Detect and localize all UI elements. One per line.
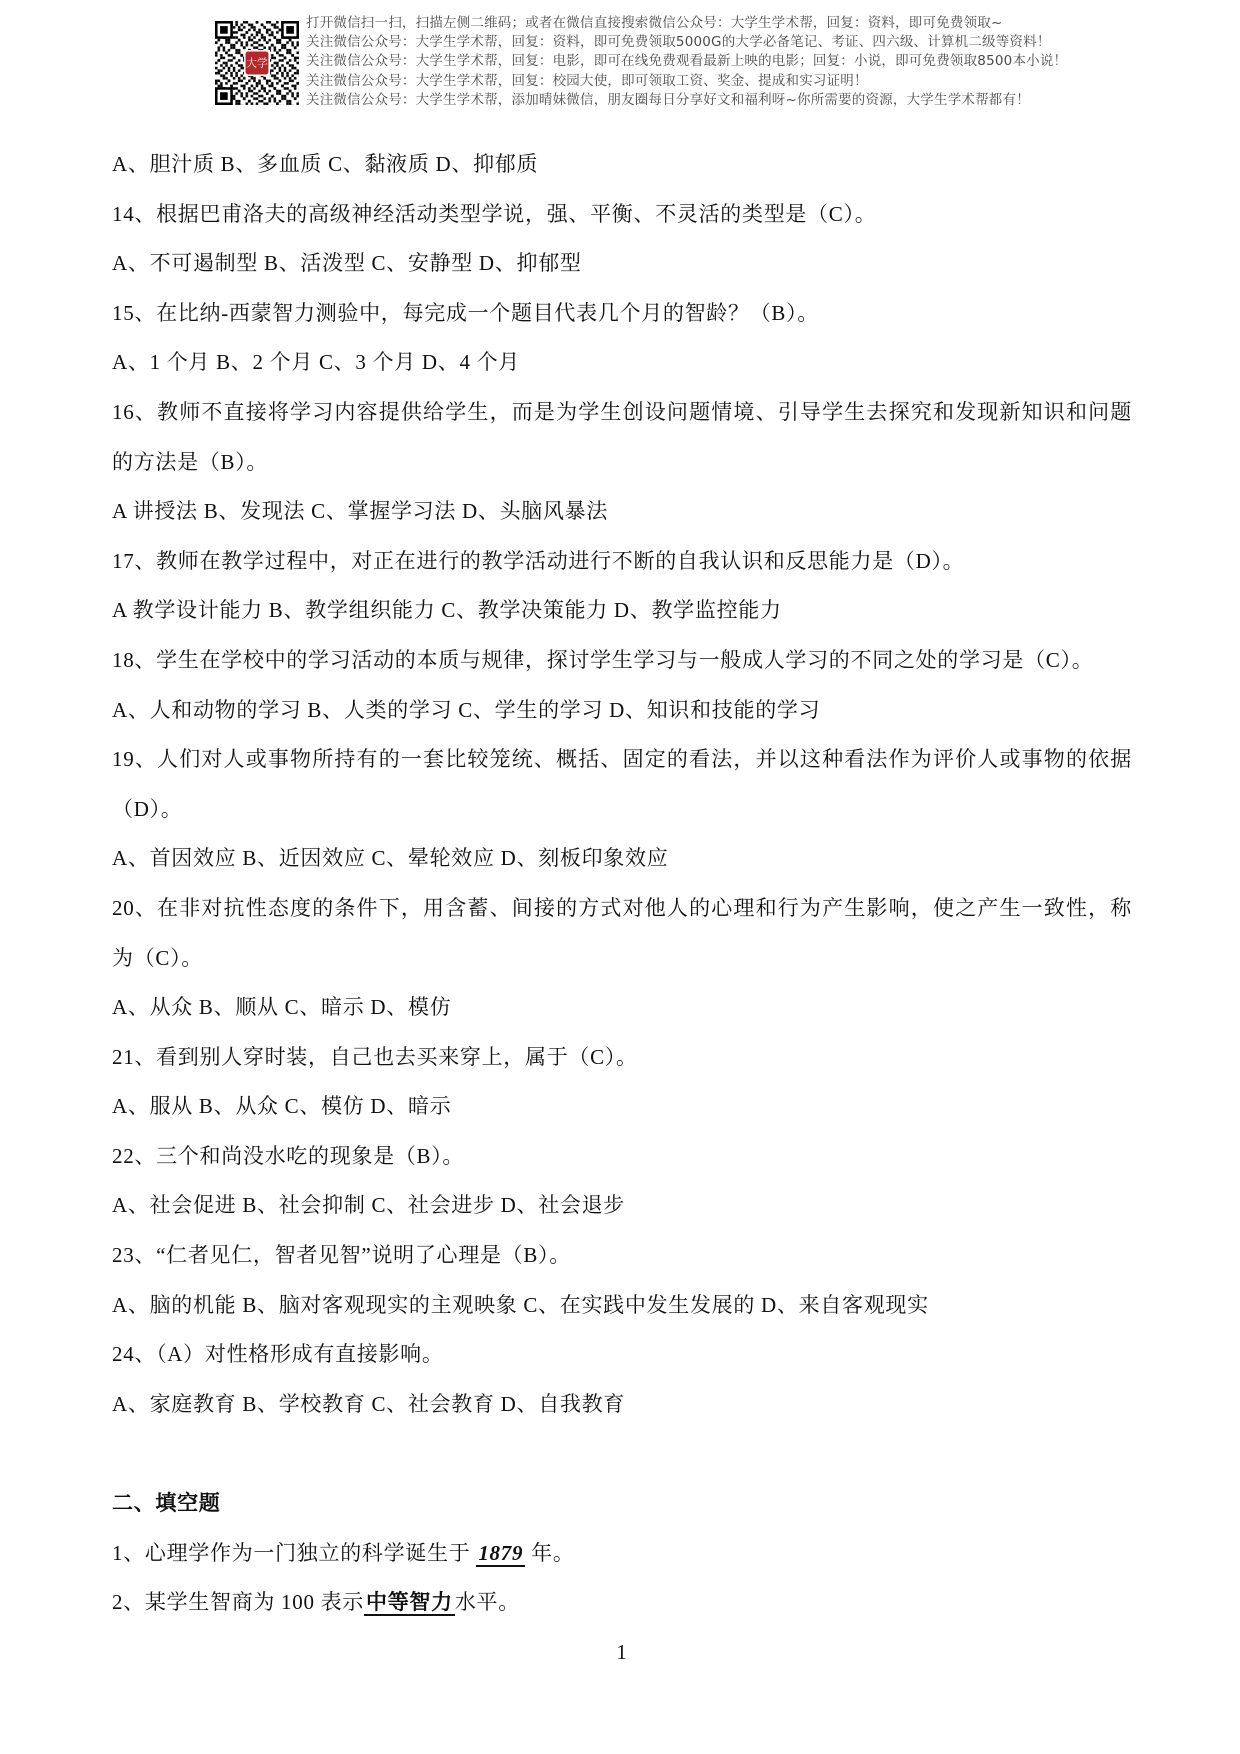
choice-question: 19、人们对人或事物所持有的一套比较笼统、概括、固定的看法，并以这种看法作为评价… bbox=[112, 735, 1132, 834]
choice-question: 21、看到别人穿时装，自己也去买来穿上，属于（C）。 bbox=[112, 1033, 1132, 1083]
fill-item-answer: 中等智力 bbox=[364, 1590, 455, 1616]
promo-line: 关注微信公众号：大学生学术帮，回复：校园大使，即可领取工资、奖金、提成和实习证明… bbox=[306, 72, 1186, 91]
choice-options: A、1 个月 B、2 个月 C、3 个月 D、4 个月 bbox=[112, 338, 1132, 388]
choice-question: 18、学生在学校中的学习活动的本质与规律，探讨学生学习与一般成人学习的不同之处的… bbox=[112, 636, 1132, 686]
choice-options: A、服从 B、从众 C、模仿 D、暗示 bbox=[112, 1082, 1132, 1132]
choice-question: 15、在比纳-西蒙智力测验中，每完成一个题目代表几个月的智龄？（B）。 bbox=[112, 289, 1132, 339]
page-number: 1 bbox=[112, 1628, 1132, 1678]
qr-code-icon: 大学 bbox=[215, 21, 299, 105]
choice-question: 17、教师在教学过程中，对正在进行的教学活动进行不断的自我认识和反思能力是（D）… bbox=[112, 537, 1132, 587]
choice-options: A、脑的机能 B、脑对客观现实的主观映象 C、在实践中发生发展的 D、来自客观现… bbox=[112, 1281, 1132, 1331]
choice-question: 22、三个和尚没水吃的现象是（B）。 bbox=[112, 1132, 1132, 1182]
promo-line: 关注微信公众号：大学生学术帮，回复：资料，即可免费领取5000G的大学必备笔记、… bbox=[306, 33, 1186, 52]
svg-text:大学: 大学 bbox=[246, 57, 268, 70]
fill-item-answer: 1879 bbox=[476, 1541, 525, 1567]
promo-lines: 打开微信扫一扫，扫描左侧二维码；或者在微信直接搜索微信公众号：大学生学术帮，回复… bbox=[306, 14, 1186, 110]
promo-line: 关注微信公众号：大学生学术帮，回复：电影，即可在线免费观看最新上映的电影；回复：… bbox=[306, 52, 1186, 71]
exam-body: A、胆汁质 B、多血质 C、黏液质 D、抑郁质 14、根据巴甫洛夫的高级神经活动… bbox=[112, 140, 1132, 1677]
choice-options: A、人和动物的学习 B、人类的学习 C、学生的学习 D、知识和技能的学习 bbox=[112, 686, 1132, 736]
fill-item-suffix: 水平。 bbox=[455, 1590, 520, 1614]
document-page: 大学 打开微信扫一扫，扫描左侧二维码；或者在微信直接搜索微信公众号：大学生学术帮… bbox=[0, 0, 1240, 1754]
fill-item: 2、某学生智商为 100 表示中等智力水平。 bbox=[112, 1578, 1132, 1628]
choice-question: 14、根据巴甫洛夫的高级神经活动类型学说，强、平衡、不灵活的类型是（C）。 bbox=[112, 190, 1132, 240]
promo-line: 打开微信扫一扫，扫描左侧二维码；或者在微信直接搜索微信公众号：大学生学术帮，回复… bbox=[306, 14, 1186, 33]
choice-options: A、不可遏制型 B、活泼型 C、安静型 D、抑郁型 bbox=[112, 239, 1132, 289]
choice-options: A、社会促进 B、社会抑制 C、社会进步 D、社会退步 bbox=[112, 1181, 1132, 1231]
choice-question: 16、教师不直接将学习内容提供给学生，而是为学生创设问题情境、引导学生去探究和发… bbox=[112, 388, 1132, 487]
choice-options: A 教学设计能力 B、教学组织能力 C、教学决策能力 D、教学监控能力 bbox=[112, 586, 1132, 636]
fill-item-prefix: 2、某学生智商为 100 表示 bbox=[112, 1590, 364, 1614]
choice-options: A 讲授法 B、发现法 C、掌握学习法 D、头脑风暴法 bbox=[112, 487, 1132, 537]
fill-item-prefix: 1、心理学作为一门独立的科学诞生于 bbox=[112, 1541, 476, 1565]
choice-question: 24、（A）对性格形成有直接影响。 bbox=[112, 1330, 1132, 1380]
choice-options: A、首因效应 B、近因效应 C、晕轮效应 D、刻板印象效应 bbox=[112, 834, 1132, 884]
promo-line: 关注微信公众号：大学生学术帮，添加晴妹微信，朋友圈每日分享好文和福利呀~你所需要… bbox=[306, 91, 1186, 110]
qr-logo: 大学 bbox=[244, 50, 270, 76]
fill-item-suffix: 年。 bbox=[525, 1541, 574, 1565]
choice-question: 20、在非对抗性态度的条件下，用含蓄、间接的方式对他人的心理和行为产生影响，使之… bbox=[112, 884, 1132, 983]
promo-header: 大学 打开微信扫一扫，扫描左侧二维码；或者在微信直接搜索微信公众号：大学生学术帮… bbox=[0, 0, 1240, 118]
choice-options: A、胆汁质 B、多血质 C、黏液质 D、抑郁质 bbox=[112, 140, 1132, 190]
choice-options: A、从众 B、顺从 C、暗示 D、模仿 bbox=[112, 983, 1132, 1033]
fill-item: 1、心理学作为一门独立的科学诞生于 1879 年。 bbox=[112, 1529, 1132, 1579]
choice-options: A、家庭教育 B、学校教育 C、社会教育 D、自我教育 bbox=[112, 1380, 1132, 1430]
section-heading-fill-blanks: 二、填空题 bbox=[112, 1479, 1132, 1529]
choice-question: 23、“仁者见仁，智者见智”说明了心理是（B）。 bbox=[112, 1231, 1132, 1281]
